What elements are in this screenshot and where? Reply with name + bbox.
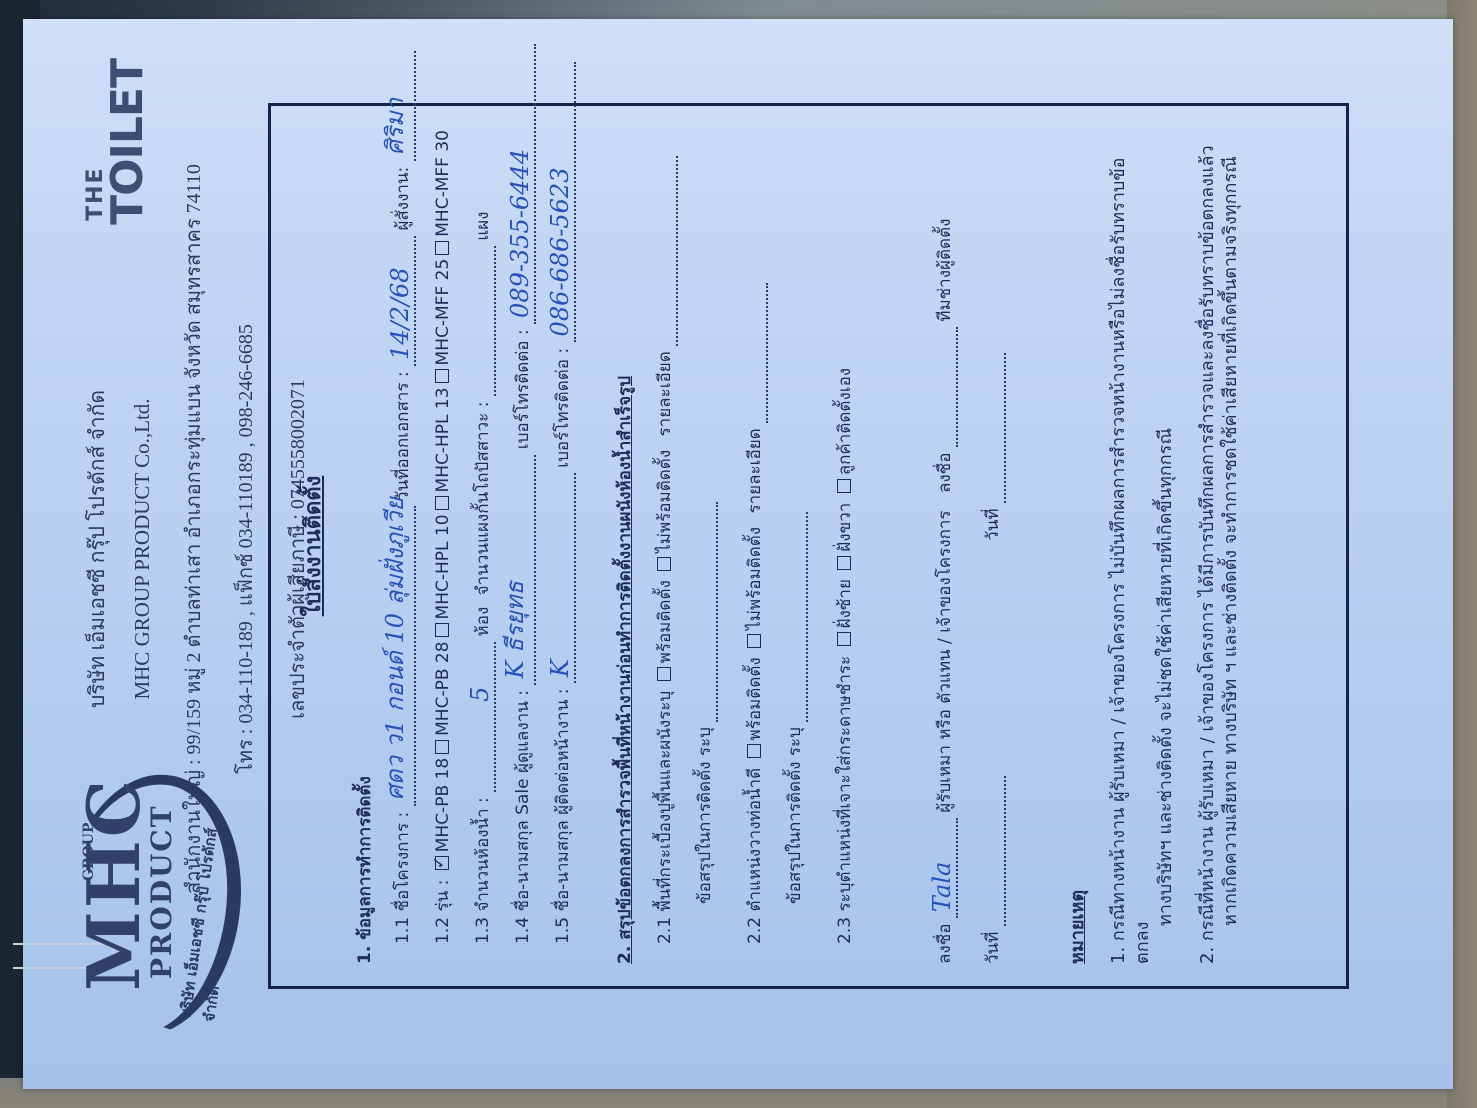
site-contact-value: K (546, 659, 574, 677)
site-phone-label: เบอร์โทรติดต่อ : (553, 348, 573, 468)
the-toilet-logo: THE TOILET (83, 59, 148, 225)
q22-label: 2.2 ตำแหน่งวางท่อน้ำดี (745, 768, 765, 944)
company-name-th: บริษัท เอ็มเอชซี กรุ๊ป โปรดักส์ จำกัด (81, 159, 114, 939)
q22-row: 2.2 ตำแหน่งวางท่อน้ำดี พร้อมติดตั้ง ไม่พ… (741, 283, 768, 964)
sale-name-field[interactable]: K ธีรยุทธ (516, 455, 536, 685)
q21-detail-field[interactable] (658, 156, 678, 346)
model-label-0: MHC-PB 18 (433, 758, 453, 852)
q21-row: 2.1 พื้นที่กระเบื้องปูพื้นและผนังระบุ พร… (651, 156, 678, 964)
q23-customer-checkbox[interactable] (837, 479, 851, 493)
sale-row: 1.4 ชื่อ-นามสกุล Sale ผู้ดูแลงาน : K ธีร… (509, 44, 536, 964)
company-name-en: MHC GROUP PRODUCT Co.,Ltd. (130, 159, 155, 939)
issue-date-value: 14/2/68 (386, 267, 414, 360)
q21-ready-label: พร้อมติดตั้ง (655, 580, 675, 663)
date-row: วันที่ วันที่ (979, 353, 1006, 964)
note-1-line-2: ทางบริษัทฯ และช่างติดตั้ง จะไม่ชดใช้ค่าเ… (1155, 428, 1176, 964)
issue-date-label: วันที่ออกเอกสาร : (393, 371, 413, 501)
model-checkbox-4[interactable] (435, 369, 449, 383)
q23-right-label: ฝั่งขวา (835, 503, 855, 552)
model-checkbox-3[interactable] (435, 496, 449, 510)
site-contact-label: 1.5 ชื่อ-นามสกุล ผู้ติดต่อหน้างาน : (553, 689, 573, 944)
project-value: ศดว ว1 กอนด์ 10 ลุ่มฝั่งภูเวีย (375, 497, 414, 800)
rooms-value: 5 (466, 687, 494, 702)
model-checkbox-list: MHC-PB 18MHC-PB 28MHC-HPL 10MHC-HPL 13MH… (433, 130, 453, 874)
installer-role-label: ทีมช่างผู้ติดตั้ง (935, 219, 955, 322)
rooms-row: 1.3 จำนวนห้องน้ำ : 5 ห้อง จำนวนแผงกั้นโถ… (469, 212, 496, 964)
notes-heading: หมายเหตุ (1066, 124, 1089, 964)
model-label-1: MHC-PB 28 (433, 641, 453, 735)
form-title: ใบสั่งงานติดตั้ง (295, 106, 330, 986)
site-contact-field[interactable]: K (556, 473, 576, 683)
q22-ready-checkbox[interactable] (747, 744, 761, 758)
q23-right-checkbox[interactable] (837, 556, 851, 570)
contractor-signature: Tala (928, 862, 956, 912)
section-2-heading-text: 2. สรุปข้อตกลงการสำรวจพื้นที่หน้างานก่อน… (615, 376, 635, 964)
model-checkbox-1[interactable] (435, 740, 449, 754)
rooms-unit: ห้อง (473, 607, 493, 637)
note-1-line-1: 1. กรณีทางหน้างาน ผู้รับเหมา / เจ้าของโค… (1108, 158, 1152, 964)
installer-sign-label: ลงชื่อ (935, 453, 955, 493)
q21-summary-field[interactable] (698, 502, 718, 722)
installer-sign-field[interactable] (938, 327, 958, 447)
ordered-by-value: ศิริมา (375, 98, 414, 155)
contractor-date-field[interactable] (986, 776, 1006, 926)
q21-detail-label: รายละเอียด (655, 351, 675, 436)
model-label-3: MHC-HPL 13 (433, 387, 453, 492)
q22-not-ready-checkbox[interactable] (747, 634, 761, 648)
section-2-heading: 2. สรุปข้อตกลงการสำรวจพื้นที่หน้างานก่อน… (611, 376, 638, 964)
q22-summary-row: ข้อสรุปในการติดตั้ง ระบุ (781, 512, 808, 964)
contractor-role-label: ผู้รับเหมา หรือ ตัวแทน / เจ้าของโครงการ (935, 510, 955, 812)
model-checkbox-2[interactable] (435, 623, 449, 637)
project-label: 1.1 ชื่อโครงการ : (393, 812, 413, 964)
note-2-line-2: หากเกิดความเสียหาย ทางบริษัท ฯ และช่างติ… (1220, 156, 1241, 964)
q23-row: 2.3 ระบุตำแหน่งที่เจาะใส่กระดาษชำระ ฝั่ง… (831, 368, 858, 964)
model-label: 1.2 รุ่น : (433, 880, 453, 944)
partitions-field[interactable] (476, 246, 496, 396)
q21-summary-row: ข้อสรุปในการติดตั้ง ระบุ (691, 502, 718, 964)
sale-phone-field[interactable]: 089-355-6444 (516, 44, 536, 324)
contractor-sign-label: ลงชื่อ (935, 924, 955, 964)
ordered-by-field[interactable]: ศิริมา (396, 51, 416, 161)
model-row: 1.2 รุ่น : MHC-PB 18MHC-PB 28MHC-HPL 10M… (429, 130, 456, 964)
rooms-label: 1.3 จำนวนห้องน้ำ : (473, 797, 493, 944)
q21-ready-checkbox[interactable] (657, 667, 671, 681)
q22-detail-label: รายละเอียด (745, 428, 765, 513)
partitions-label: จำนวนแผงกั้นโถปัสสาวะ : (473, 402, 493, 596)
q21-not-ready-label: ไม่พร้อมติดตั้ง (655, 450, 675, 553)
q21-label: 2.1 พื้นที่กระเบื้องปูพื้นและผนังระบุ (655, 691, 675, 944)
q22-detail-field[interactable] (748, 283, 768, 423)
sale-phone-value: 089-355-6444 (506, 149, 534, 318)
installer-date-field[interactable] (986, 353, 1006, 503)
logo-toilet-text: TOILET (108, 59, 148, 225)
model-checkbox-0[interactable] (435, 856, 449, 870)
rooms-field[interactable]: 5 (476, 642, 496, 792)
q23-customer-label: ลูกค้าติดตั้งเอง (835, 368, 855, 475)
site-phone-field[interactable]: 086-686-5623 (556, 62, 576, 342)
company-contact: โทร : 034-110-189 , แฟ็กซ์ 034-110189 , … (229, 159, 261, 939)
q22-ready-label: พร้อมติดตั้ง (745, 657, 765, 740)
model-label-4: MHC-MFF 25 (433, 259, 453, 366)
model-label-2: MHC-HPL 10 (433, 514, 453, 619)
installer-date-label: วันที่ (983, 508, 1003, 540)
note-1: 1. กรณีทางหน้างาน ผู้รับเหมา / เจ้าของโค… (1107, 124, 1177, 964)
site-contact-row: 1.5 ชื่อ-นามสกุล ผู้ติดต่อหน้างาน : K เบ… (549, 62, 576, 964)
q23-label: 2.3 ระบุตำแหน่งที่เจาะใส่กระดาษชำระ (835, 656, 855, 944)
form-frame: ใบสั่งงานติดตั้ง 1. ข้อมูลการทำการติดตั้… (268, 103, 1349, 989)
q22-summary-label: ข้อสรุปในการติดตั้ง ระบุ (785, 727, 805, 904)
ordered-by-label: ผู้สั่งงาน: (393, 167, 413, 231)
notes-section: หมายเหตุ 1. กรณีทางหน้างาน ผู้รับเหมา / … (1066, 124, 1260, 964)
section-1-heading: 1. ข้อมูลการทำการติดตั้ง (351, 776, 378, 964)
sale-name-value: K ธีรยุทธ (495, 581, 534, 679)
q23-left-label: ฝั่งซ้าย (835, 579, 855, 628)
contractor-date-label: วันที่ (983, 932, 1003, 964)
note-2: 2. กรณีที่หน้างาน ผู้รับเหมา / เจ้าของโค… (1196, 124, 1243, 964)
sale-phone-label: เบอร์โทรติดต่อ : (513, 329, 533, 449)
sale-label: 1.4 ชื่อ-นามสกุล Sale ผู้ดูแลงาน : (513, 690, 533, 944)
installation-order-sheet: MHC GROUP PRODUCT บริษัท เอ็มเอชซี กรุ๊ป… (23, 19, 1453, 1089)
q22-not-ready-label: ไม่พร้อมติดตั้ง (745, 527, 765, 630)
q22-summary-field[interactable] (788, 512, 808, 722)
site-phone-value: 086-686-5623 (546, 168, 574, 337)
company-address: สำนักงานใหญ่ : 99/159 หมู่ 2 ตำบลท่าเสา … (177, 159, 209, 939)
q21-not-ready-checkbox[interactable] (657, 557, 671, 571)
project-field[interactable]: ศดว ว1 กอนด์ 10 ลุ่มฝั่งภูเวีย (396, 506, 416, 806)
signature-row: ลงชื่อ Tala ผู้รับเหมา หรือ ตัวแทน / เจ้… (931, 219, 958, 964)
note-2-line-1: 2. กรณีที่หน้างาน ผู้รับเหมา / เจ้าของโค… (1197, 145, 1218, 964)
partitions-unit: แผง (473, 212, 493, 241)
model-label-5: MHC-MFF 30 (433, 130, 453, 237)
q23-left-checkbox[interactable] (837, 632, 851, 646)
project-row: 1.1 ชื่อโครงการ : ศดว ว1 กอนด์ 10 ลุ่มฝั… (389, 51, 416, 964)
contractor-sign-field[interactable]: Tala (938, 818, 958, 918)
model-checkbox-5[interactable] (435, 241, 449, 255)
issue-date-field[interactable]: 14/2/68 (396, 236, 416, 366)
q21-summary-label: ข้อสรุปในการติดตั้ง ระบุ (695, 727, 715, 904)
